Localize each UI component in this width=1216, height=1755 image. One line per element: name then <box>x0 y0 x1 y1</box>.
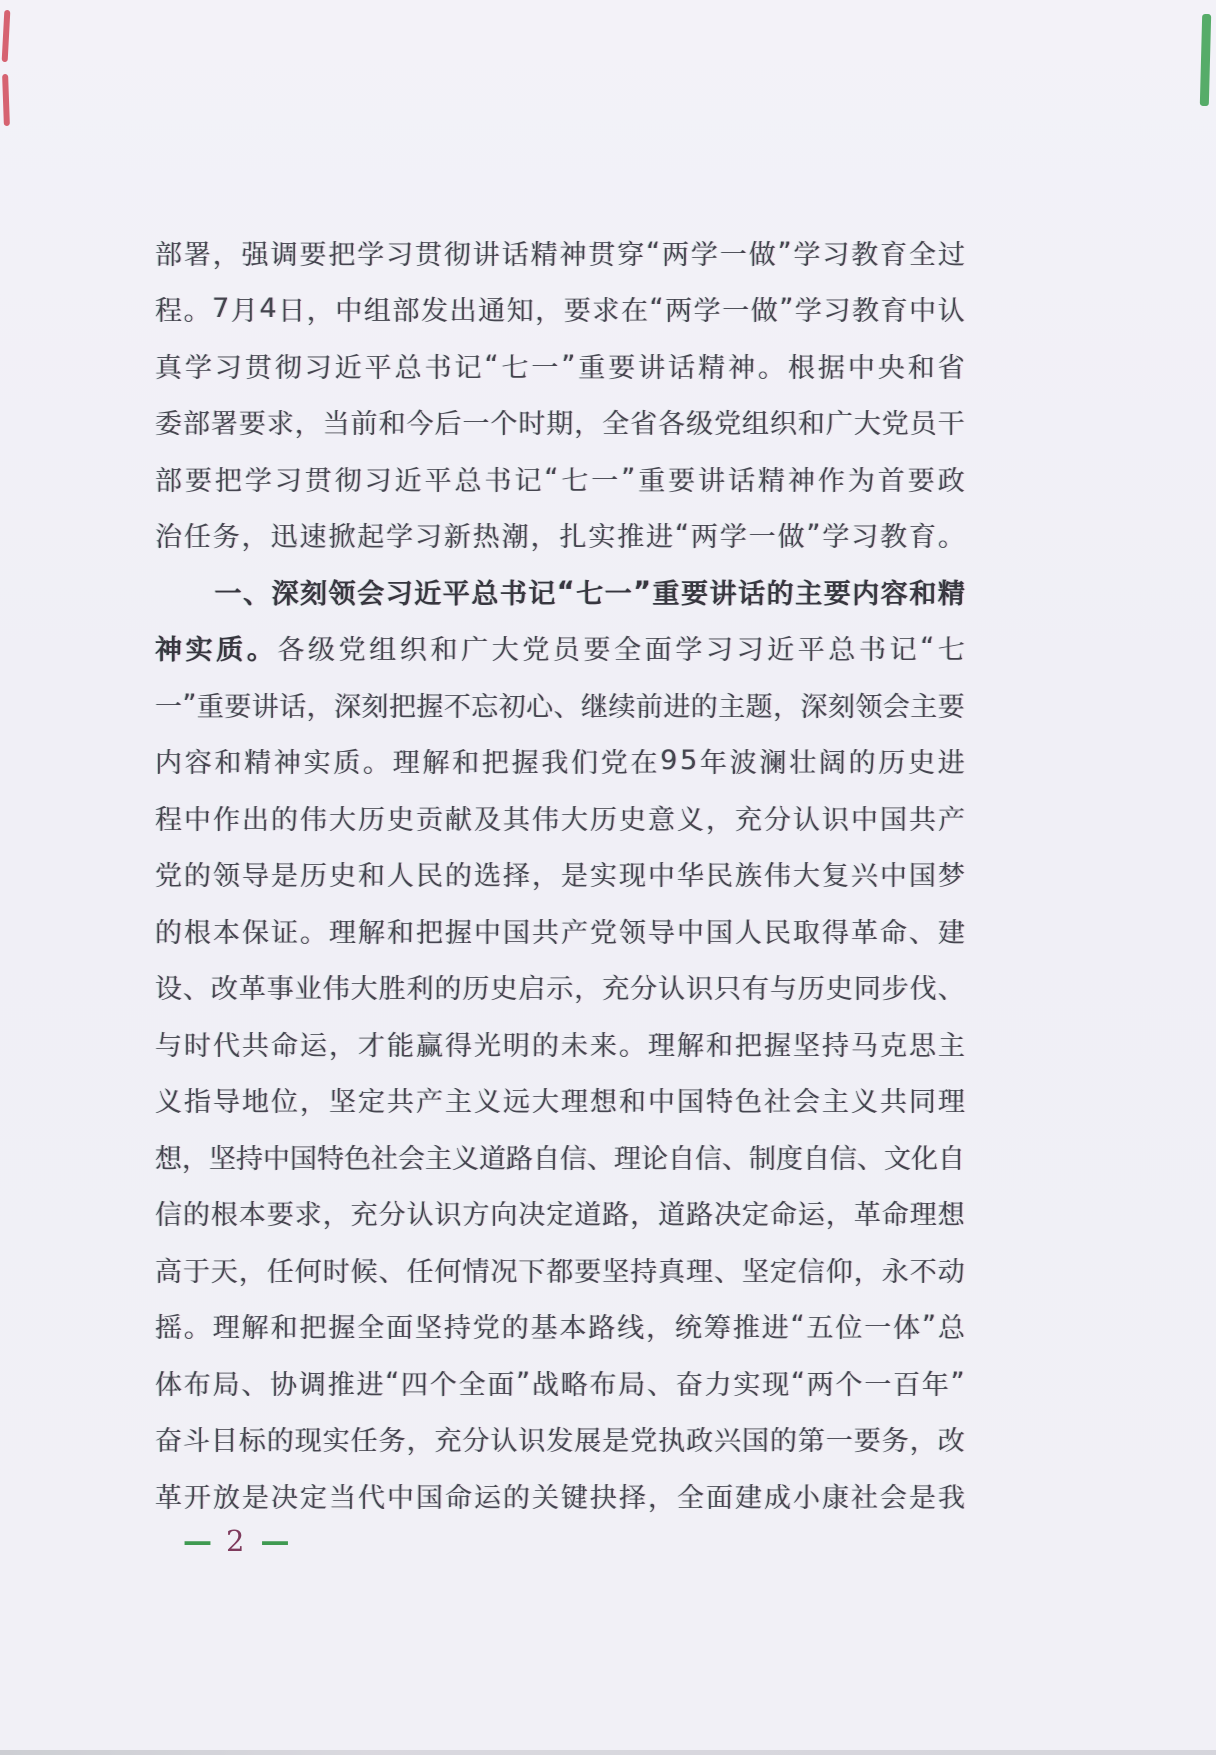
text-line: 的根本保证。理解和把握中国共产党领导中国人民取得革命、建 <box>155 902 965 959</box>
scanned-document-page: 部署，强调要把学习贯彻讲话精神贯穿“两学一做”学习教育全过程。7月4日，中组部发… <box>0 0 1216 1755</box>
document-body: 部署，强调要把学习贯彻讲话精神贯穿“两学一做”学习教育全过程。7月4日，中组部发… <box>155 224 965 1524</box>
text-line: 内容和精神实质。理解和把握我们党在95年波澜壮阔的历史进 <box>155 733 965 790</box>
red-pen-scan-mark <box>2 74 10 126</box>
text-line: 革开放是决定当代中国命运的关键抉择，全面建成小康社会是我 <box>155 1467 965 1524</box>
text-line: 一”重要讲话，深刻把握不忘初心、继续前进的主题，深刻领会主要 <box>155 676 965 733</box>
text-line: 委部署要求，当前和今后一个时期，全省各级党组织和广大党员干 <box>155 394 965 451</box>
text-line: 摇。理解和把握全面坚持党的基本路线，统筹推进“五位一体”总 <box>155 1298 965 1355</box>
text-line: 神实质。各级党组织和广大党员要全面学习习近平总书记“七 <box>155 620 965 677</box>
text-line: 部署，强调要把学习贯彻讲话精神贯穿“两学一做”学习教育全过 <box>155 224 965 281</box>
text-line: 义指导地位，坚定共产主义远大理想和中国特色社会主义共同理 <box>155 1072 965 1129</box>
text-line: 与时代共命运，才能赢得光明的未来。理解和把握坚持马克思主 <box>155 1015 965 1072</box>
text-line: 奋斗目标的现实任务，充分认识发展是党执政兴国的第一要务，改 <box>155 1411 965 1468</box>
text-line: 真学习贯彻习近平总书记“七一”重要讲话精神。根据中央和省 <box>155 337 965 394</box>
scan-bottom-edge <box>0 1750 1216 1755</box>
text-line: 信的根本要求，充分认识方向决定道路，道路决定命运，革命理想 <box>155 1185 965 1242</box>
page-number-left-dash: — <box>183 1524 210 1558</box>
green-scan-edge-strip <box>1200 14 1211 106</box>
text-line: 设、改革事业伟大胜利的历史启示，充分认识只有与历史同步伐、 <box>155 959 965 1016</box>
text-line: 高于天，任何时候、任何情况下都要坚持真理、坚定信仰，永不动 <box>155 1241 965 1298</box>
text-line: 部要把学习贯彻习近平总书记“七一”重要讲话精神作为首要政 <box>155 450 965 507</box>
red-pen-scan-mark <box>2 10 11 62</box>
text-line: 党的领导是历史和人民的选择，是实现中华民族伟大复兴中国梦 <box>155 846 965 903</box>
text-line: 想，坚持中国特色社会主义道路自信、理论自信、制度自信、文化自 <box>155 1128 965 1185</box>
text-line: 一、深刻领会习近平总书记“七一”重要讲话的主要内容和精 <box>155 563 965 620</box>
text-line: 体布局、协调推进“四个全面”战略布局、奋力实现“两个一百年” <box>155 1354 965 1411</box>
page-number: — 2 — <box>183 1524 287 1558</box>
text-line: 程。7月4日，中组部发出通知，要求在“两学一做”学习教育中认 <box>155 281 965 338</box>
text-line: 治任务，迅速掀起学习新热潮，扎实推进“两学一做”学习教育。 <box>155 507 965 564</box>
text-line: 程中作出的伟大历史贡献及其伟大历史意义，充分认识中国共产 <box>155 789 965 846</box>
page-number-right-dash: — <box>260 1524 287 1558</box>
page-number-value: 2 <box>226 1524 244 1558</box>
